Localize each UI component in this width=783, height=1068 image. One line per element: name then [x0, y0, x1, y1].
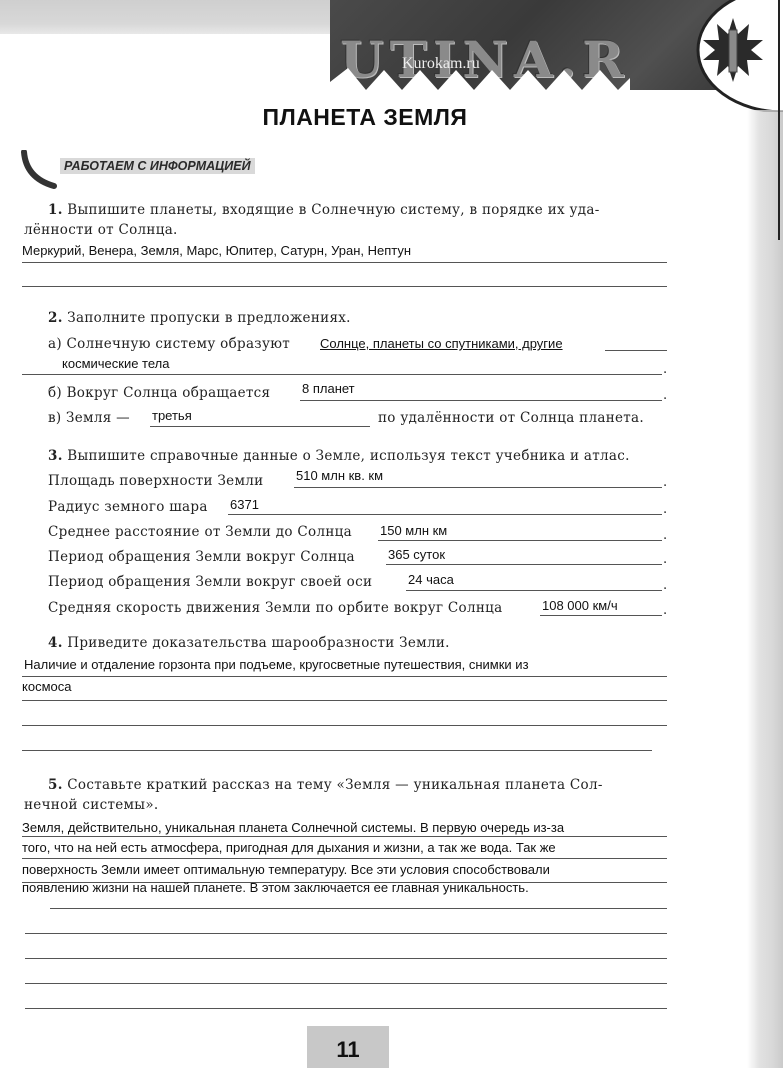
q1-text: Выпишите планеты, входящие в Солнечную с…	[67, 202, 599, 218]
answer-line	[300, 400, 662, 401]
q3-row-answer[interactable]: 510 млн кв. км	[296, 468, 383, 483]
q2-a-label: а) Солнечную систему образуют	[48, 334, 290, 354]
page-title: ПЛАНЕТА ЗЕМЛЯ	[0, 104, 730, 131]
answer-line	[22, 750, 652, 751]
page-edge-shadow	[747, 110, 783, 1068]
q2-c-answer[interactable]: третья	[152, 408, 192, 423]
q5-number: 5.	[48, 777, 63, 793]
q5-answer-line[interactable]: Земля, действительно, уникальная планета…	[22, 820, 564, 835]
q5-text: Составьте краткий рассказ на тему «Земля…	[67, 777, 602, 793]
q5-answer-line[interactable]: появлению жизни на нашей планете. В этом…	[22, 880, 529, 895]
answer-line	[25, 983, 667, 984]
answer-line	[25, 933, 667, 934]
q3-line: 3. Выпишите справочные данные о Земле, и…	[48, 446, 630, 466]
section-arc-icon	[20, 150, 60, 190]
answer-line	[22, 676, 667, 677]
period: .	[663, 603, 667, 618]
q4-line: 4. Приведите доказательства шарообразнос…	[48, 633, 450, 653]
q3-row-answer[interactable]: 150 млн км	[380, 523, 447, 538]
q2-text: Заполните пропуски в предложениях.	[67, 310, 350, 326]
q1-line1: 1. Выпишите планеты, входящие в Солнечну…	[48, 200, 600, 220]
q1-line2: лённости от Солнца.	[24, 220, 178, 240]
q3-row-answer[interactable]: 108 000 км/ч	[542, 598, 618, 613]
q2-a-answer-line2[interactable]: космические тела	[62, 356, 169, 371]
banner-zigzag	[330, 68, 630, 92]
period: .	[663, 388, 667, 403]
answer-line	[22, 725, 667, 726]
answer-line	[22, 262, 667, 263]
page-edge-rule	[778, 0, 780, 240]
q2-c-label: в) Земля —	[48, 408, 130, 428]
header-banner-faded	[0, 0, 330, 34]
q1-answer[interactable]: Меркурий, Венера, Земля, Марс, Юпитер, С…	[22, 243, 411, 258]
q4-answer-line2[interactable]: космоса	[22, 679, 71, 694]
answer-line	[540, 615, 662, 616]
period: .	[663, 502, 667, 517]
answer-line	[22, 286, 667, 287]
q3-row-answer[interactable]: 365 суток	[388, 547, 445, 562]
q4-answer-line1[interactable]: Наличие и отдаление горзонта при подъеме…	[24, 657, 529, 672]
q5-line2: нечной системы».	[24, 795, 159, 815]
q3-number: 3.	[48, 448, 63, 464]
q3-row-label: Площадь поверхности Земли	[48, 471, 263, 491]
q2-b-label: б) Вокруг Солнца обращается	[48, 383, 270, 403]
q2-number: 2.	[48, 310, 63, 326]
q2-b-answer[interactable]: 8 планет	[302, 381, 355, 396]
q3-row-label: Средняя скорость движения Земли по орбит…	[48, 598, 503, 618]
q3-row-label: Период обращения Земли вокруг Солнца	[48, 547, 355, 567]
answer-line	[50, 908, 667, 909]
sun-star-logo-icon	[683, 0, 783, 112]
answer-line	[22, 858, 667, 859]
q2-c-suffix: по удалённости от Солнца планета.	[378, 408, 644, 428]
answer-line	[605, 350, 667, 351]
answer-line	[406, 590, 662, 591]
q5-answer-line[interactable]: поверхность Земли имеет оптимальную темп…	[22, 862, 550, 877]
period: .	[663, 362, 667, 377]
period: .	[663, 528, 667, 543]
q3-row-label: Радиус земного шара	[48, 497, 208, 517]
answer-line	[386, 564, 662, 565]
q3-row-answer[interactable]: 24 часа	[408, 572, 454, 587]
q1-number: 1.	[48, 202, 63, 218]
answer-line	[22, 700, 667, 701]
answer-line	[150, 426, 370, 427]
q4-text: Приведите доказательства шарообразности …	[67, 635, 449, 651]
q4-number: 4.	[48, 635, 63, 651]
q3-row-label: Среднее расстояние от Земли до Солнца	[48, 522, 352, 542]
q3-text: Выпишите справочные данные о Земле, испо…	[67, 448, 629, 464]
section-label: РАБОТАЕМ С ИНФОРМАЦИЕЙ	[60, 158, 255, 174]
answer-line	[294, 487, 662, 488]
q3-row-answer[interactable]: 6371	[230, 497, 259, 512]
answer-line	[25, 958, 667, 959]
q3-row-label: Период обращения Земли вокруг своей оси	[48, 572, 372, 592]
answer-line	[22, 836, 667, 837]
period: .	[663, 578, 667, 593]
watermark: Kurokam.ru	[402, 55, 480, 73]
answer-line	[378, 540, 662, 541]
answer-line	[228, 514, 662, 515]
answer-line	[25, 1008, 667, 1009]
period: .	[663, 552, 667, 567]
q5-answer-line[interactable]: того, что на ней есть атмосфера, пригодн…	[22, 840, 556, 855]
page-number: 11	[307, 1026, 389, 1068]
q2-line: 2. Заполните пропуски в предложениях.	[48, 308, 351, 328]
period: .	[663, 475, 667, 490]
answer-line	[22, 374, 662, 375]
q5-line1: 5. Составьте краткий рассказ на тему «Зе…	[48, 775, 603, 795]
q2-a-answer-line1[interactable]: Солнце, планеты со спутниками, другие	[320, 336, 563, 351]
